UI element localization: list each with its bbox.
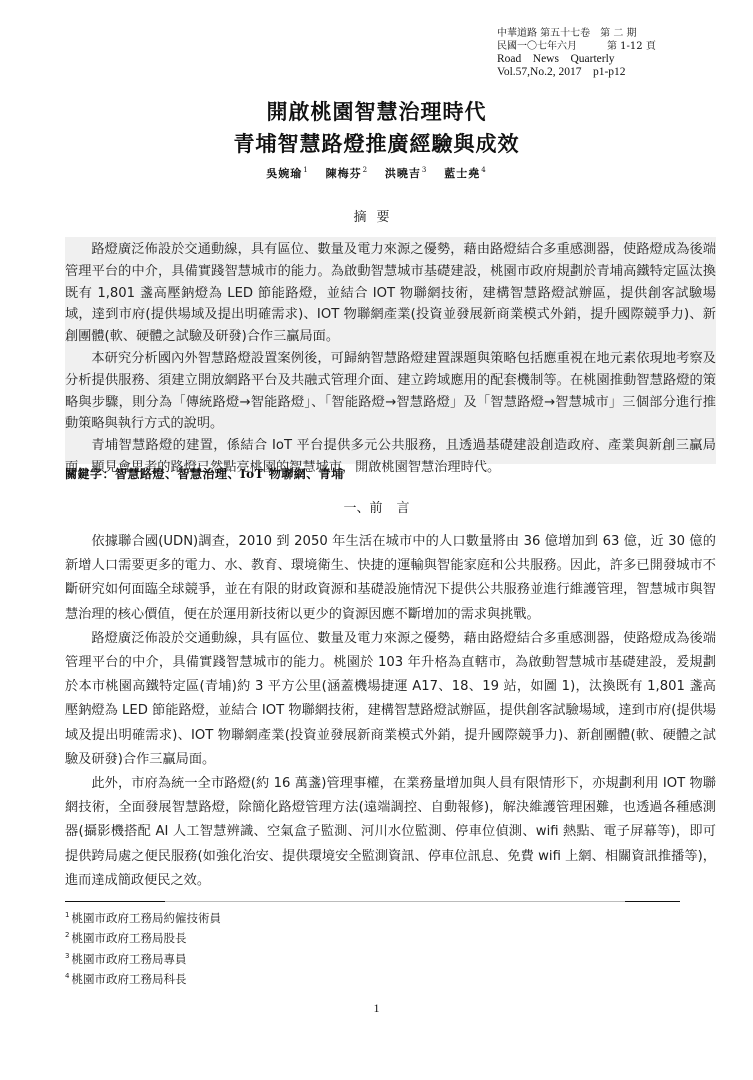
abstract-body: 路燈廣泛佈設於交通動線，具有區位、數量及電力來源之優勢，藉由路燈結合多重感測器，… [65, 239, 716, 479]
footnote-mark: 1 [65, 911, 69, 919]
author-list: 吳婉瑜1 陳梅芬2 洪曉吉3 藍士堯4 [0, 165, 753, 181]
abstract-paragraph: 本研究分析國內外智慧路燈設置案例後，可歸納智慧路燈建置課題與策略包括應重視在地元… [65, 348, 716, 435]
author-name: 洪曉吉 [385, 167, 421, 180]
author: 洪曉吉3 [385, 167, 427, 180]
body-paragraph: 此外，市府為統一全市路燈(約 16 萬盞)管理事權，在業務量增加與人員有限情形下… [65, 772, 716, 893]
footnote-text: 桃園市政府工務局專員 [71, 951, 186, 965]
abstract-heading: 摘要 [0, 206, 753, 225]
affiliation-mark: 3 [422, 166, 427, 174]
journal-name-en: Road News Quarterly [497, 53, 656, 66]
footnote-text: 桃園市政府工務局科長 [71, 972, 186, 986]
footnote-mark: 4 [65, 972, 69, 980]
author: 陳梅芬2 [326, 167, 368, 180]
section-title: 言 [397, 501, 410, 516]
paper-title-line-2: 青埔智慧路燈推廣經驗與成效 [0, 128, 753, 158]
section-heading-introduction: 一、前言 [0, 497, 753, 516]
footnote-mark: 2 [65, 931, 69, 939]
section-body: 依據聯合國(UDN)調查，2010 到 2050 年生活在城市中的人口數量將由 … [65, 530, 716, 893]
affiliation-mark: 2 [363, 166, 368, 174]
footnote-mark: 3 [65, 952, 69, 960]
paper-title-line-1: 開啟桃園智慧治理時代 [0, 96, 753, 126]
abstract-paragraph: 路燈廣泛佈設於交通動線，具有區位、數量及電力來源之優勢，藉由路燈結合多重感測器，… [65, 239, 716, 348]
footnote: 4桃園市政府工務局科長 [65, 968, 221, 988]
footnote-text: 桃園市政府工務局約僱技術員 [71, 911, 221, 925]
journal-issue: 中華道路 第五十七卷 第 二 期 [497, 27, 656, 40]
author-name: 藍士堯 [444, 167, 480, 180]
journal-date-pages: 民國一〇七年六月 第 1-12 頁 [497, 40, 656, 53]
keywords: 關鍵字：智慧路燈、智慧治理、IoT 物聯網、青埔 [65, 465, 344, 482]
keywords-terms: 智慧路燈、智慧治理、IoT 物聯網、青埔 [115, 467, 344, 481]
section-number: 一、前 [343, 501, 382, 516]
author: 藍士堯4 [444, 167, 486, 180]
abstract-box: 路燈廣泛佈設於交通動線，具有區位、數量及電力來源之優勢，藉由路燈結合多重感測器，… [65, 237, 716, 464]
footnote: 2桃園市政府工務局股長 [65, 927, 221, 947]
affiliation-mark: 1 [303, 166, 308, 174]
footnote-divider [65, 901, 680, 902]
page-number: 1 [0, 1001, 753, 1016]
footnote: 3桃園市政府工務局專員 [65, 948, 221, 968]
journal-header: 中華道路 第五十七卷 第 二 期 民國一〇七年六月 第 1-12 頁 Road … [497, 27, 656, 79]
document-page: 中華道路 第五十七卷 第 二 期 民國一〇七年六月 第 1-12 頁 Road … [0, 0, 753, 1080]
footnotes: 1桃園市政府工務局約僱技術員 2桃園市政府工務局股長 3桃園市政府工務局專員 4… [65, 907, 221, 988]
body-paragraph: 依據聯合國(UDN)調查，2010 到 2050 年生活在城市中的人口數量將由 … [65, 530, 716, 627]
footnote-text: 桃園市政府工務局股長 [71, 931, 186, 945]
author: 吳婉瑜1 [266, 167, 308, 180]
journal-volume-en: Vol.57,No.2, 2017 p1-p12 [497, 66, 656, 79]
body-paragraph: 路燈廣泛佈設於交通動線，具有區位、數量及電力來源之優勢，藉由路燈結合多重感測器，… [65, 627, 716, 772]
affiliation-mark: 4 [481, 166, 486, 174]
footnote: 1桃園市政府工務局約僱技術員 [65, 907, 221, 927]
keywords-label: 關鍵字： [65, 467, 115, 481]
author-name: 吳婉瑜 [266, 167, 302, 180]
section-text: 依據聯合國(UDN)調查，2010 到 2050 年生活在城市中的人口數量將由 … [65, 530, 716, 893]
author-name: 陳梅芬 [326, 167, 362, 180]
